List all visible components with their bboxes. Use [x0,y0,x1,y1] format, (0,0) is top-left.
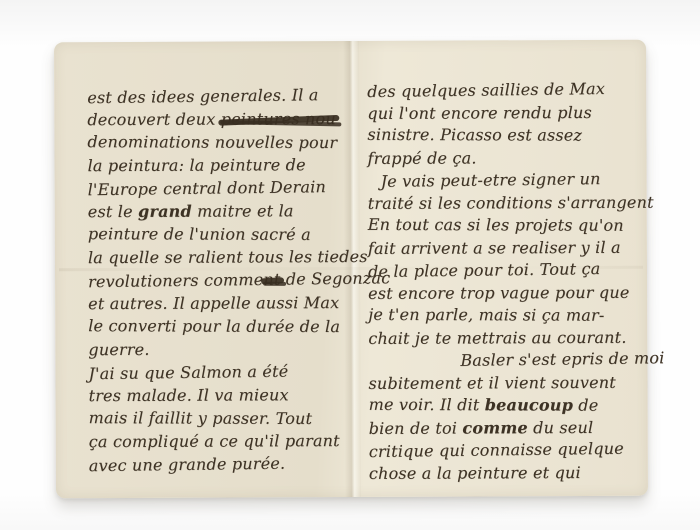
handwriting-line: peinture de l'union sacré a [88,222,337,246]
overwritten-word: comme [462,418,528,437]
handwriting-text: est le [88,202,138,221]
handwriting-line: bien de toi comme du seul [369,416,638,440]
handwriting-line: chose a la peinture et qui [369,461,638,485]
handwriting-line: la peintura: la peinture de [87,153,336,177]
handwriting-line: Basler s'est epris de moi [368,348,637,374]
handwriting-line: est encore trop vague pour que [368,281,637,305]
letter-sheet: est des idees generales. Il a decouvert … [54,40,648,499]
handwriting-line: chait je te mettrais au courant. [368,326,637,350]
handwriting-line: critique qui connaisse quelque [369,438,638,464]
handwriting-line: Je vais peut-etre signer un [367,168,636,194]
handwriting-line: frappé de ça. [367,146,636,170]
handwriting-line: traité si les conditions s'arrangent [368,191,637,215]
handwriting-text: decouvert deux [87,110,220,130]
handwriting-line: mais il faillit y passer. Tout [89,406,338,430]
handwriting-line: est des idees generales. Il a [87,83,336,109]
handwriting-line: la quelle se ralient tous les tiedes [88,245,337,269]
handwriting-line: fait arrivent a se realiser y il a [368,236,637,260]
handwriting-line: me voir. Il dit beaucoup de [369,394,638,417]
handwriting-text: bien de toi [369,418,463,437]
handwriting-line: de la place pour toi. Tout ça [368,258,637,284]
handwriting-line: J'ai su que Salmon a été [88,359,337,385]
handwriting-text: me voir. Il dit [369,395,485,414]
handwriting-line: qui l'ont encore rendu plus [367,101,636,125]
handwriting-line: En tout cas si les projets qu'on [368,214,637,237]
handwriting-line: ça compliqué a ce qu'il parant [89,429,338,453]
handwriting-line: guerre. [88,337,337,361]
handwriting-text: de [573,396,598,415]
overwritten-word: beaucoup [485,395,573,414]
letter-page-left: est des idees generales. Il a decouvert … [54,41,352,498]
handwriting-line: l'Europe central dont Derain [88,175,337,201]
overwritten-word: grand [138,202,192,221]
handwriting-text: maitre et la [192,201,294,220]
handwriting-line: revolutioners comment de Segonzac [88,267,337,293]
handwriting-text: revolutioners comme [88,270,264,291]
photo-backdrop: est des idees generales. Il a decouvert … [0,0,700,530]
handwriting-line: decouvert deux peintures nou [87,107,336,131]
handwriting-line: le converti pour la durée de la [88,314,337,338]
handwriting-line: des quelques saillies de Max [367,78,636,104]
handwriting-line: tres malade. Il va mieux [88,383,337,407]
handwriting-line: sinistre. Picasso est assez [367,124,636,147]
handwriting-line: je t'en parle, mais si ça mar- [368,304,637,327]
handwriting-line: avec une grande purée. [89,451,338,477]
crossed-out-text: nt [263,268,280,291]
handwriting-line: denominations nouvelles pour [87,130,336,154]
handwriting-line: est le grand maitre et la [88,199,337,223]
handwriting-line: subitement et il vient souvent [368,371,637,395]
handwriting-text: du seul [528,417,594,436]
letter-page-right: des quelques saillies de Max qui l'ont e… [350,40,648,497]
handwriting-line: et autres. Il appelle aussi Max [88,291,337,315]
crossed-out-text: peintures nou [221,107,336,131]
